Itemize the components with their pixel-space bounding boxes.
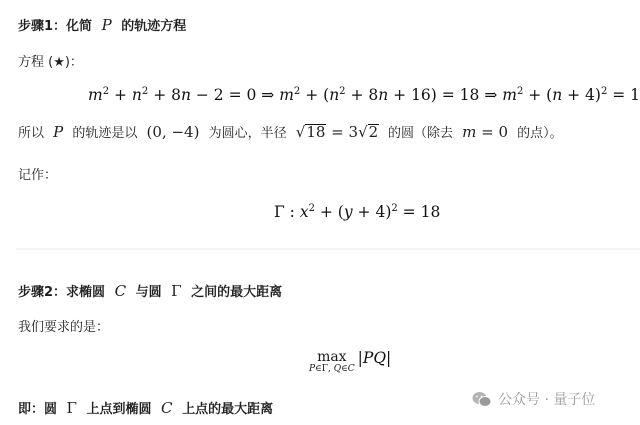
step2-heading: 步骤2：求椭圆 C 与圆 Γ 之间的最大距离 <box>18 283 282 301</box>
var-y: y <box>344 203 353 221</box>
var-p: P <box>53 123 63 141</box>
watermark: 公众号 · 量子位 <box>472 389 595 409</box>
var-c: C <box>115 282 126 300</box>
eq-tail: + 4) <box>353 203 392 221</box>
step2-heading-mid: 与圆 <box>136 285 162 300</box>
gamma-symbol: Γ : <box>274 203 300 221</box>
radius-expr: √18 = 3√2 <box>296 123 384 141</box>
sqrt-symbol: √18 <box>296 124 327 140</box>
section-divider <box>16 248 640 250</box>
conclusion-line: 所以 P 的轨迹是以 (0, −4) 为圆心，半径 √18 = 3√2 的圆（除… <box>18 124 563 142</box>
max-operator: max P∈Γ, Q∈C <box>309 350 355 374</box>
var-p: P <box>102 16 112 34</box>
var-gamma: Γ <box>67 399 77 417</box>
step2-heading-prefix: 步骤2：求椭圆 <box>18 285 105 300</box>
conclusion-text-3: 为圆心，半径 <box>209 126 287 141</box>
sqrt-arg: 18 <box>305 124 326 140</box>
max-word: max <box>317 350 347 364</box>
exclude-condition: m = 0 <box>462 123 508 141</box>
center-point: (0, −4) <box>147 123 200 141</box>
conclusion-text-1: 所以 <box>18 126 44 141</box>
restate-text-3: 上点的最大距离 <box>182 402 273 417</box>
restate-text-2: 上点到椭圆 <box>87 402 152 417</box>
eq-rhs: = 18 <box>398 203 441 221</box>
conclusion-text-4: 的圆（除去 <box>388 126 453 141</box>
restate-text-1: 即：圆 <box>18 402 57 417</box>
sqrt-arg: 2 <box>368 124 380 140</box>
radius-eq: = 3 <box>326 123 358 141</box>
var-c: C <box>161 399 172 417</box>
equation-star: m2 + n2 + 8n − 2 = 0 ⇒ m2 + (n2 + 8n + 1… <box>88 86 640 104</box>
max-expression: max P∈Γ, Q∈C |PQ| <box>309 350 391 374</box>
denote-label: 记作： <box>18 168 57 184</box>
conclusion-text-2: 的轨迹是以 <box>72 126 137 141</box>
distance-abs: |PQ| <box>358 349 392 367</box>
step1-heading: 步骤1：化简 P 的轨迹方程 <box>18 17 186 35</box>
step2-heading-suffix: 之间的最大距离 <box>191 285 282 300</box>
sqrt-symbol: √2 <box>358 124 379 140</box>
restate-line: 即：圆 Γ 上点到椭圆 C 上点的最大距离 <box>18 400 273 418</box>
gamma-equation: Γ : x2 + (y + 4)2 = 18 <box>274 203 440 221</box>
var-gamma: Γ <box>171 282 181 300</box>
max-subscript: P∈Γ, Q∈C <box>309 364 355 374</box>
equation-label: 方程 (★)： <box>18 55 83 71</box>
wechat-icon <box>472 391 492 408</box>
conclusion-text-5: 的点）。 <box>517 126 563 141</box>
var-x: x <box>300 203 309 221</box>
eq-mid: + ( <box>315 203 344 221</box>
step1-heading-suffix: 的轨迹方程 <box>121 19 186 34</box>
requirement-text: 我们要求的是： <box>18 320 109 336</box>
watermark-text: 公众号 · 量子位 <box>498 389 595 409</box>
step1-heading-prefix: 步骤1：化简 <box>18 19 92 34</box>
